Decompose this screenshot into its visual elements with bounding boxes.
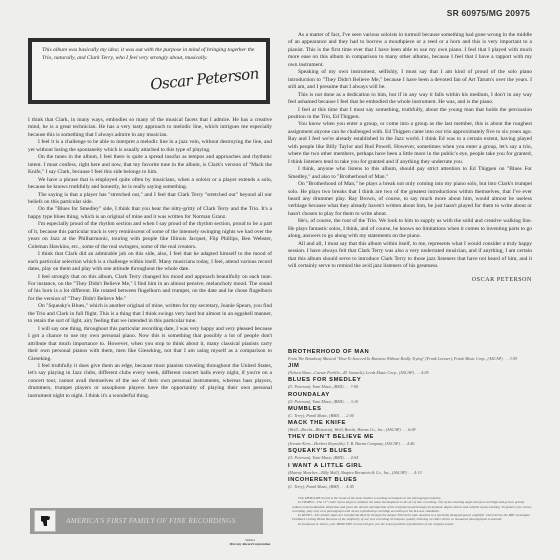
paragraph: Speaking of my own instrument, selfishly… bbox=[288, 69, 532, 91]
track-title: MACK THE KNIFE bbox=[288, 420, 532, 427]
paragraph: I feel at this time that I must say some… bbox=[288, 107, 532, 122]
banner-slogan: AMERICA'S FIRST FAMILY OF FINE RECORDING… bbox=[66, 517, 236, 525]
left-column-liner-notes: I think that Clark, in many ways, embodi… bbox=[28, 117, 272, 400]
track-item: MACK THE KNIFE (Weill—Brecht—Blitzstein)… bbox=[288, 420, 532, 432]
paragraph: On "Brotherhood of Man," he plays a brea… bbox=[288, 181, 532, 218]
track-credit: (Murray Mencher—Billy Moll), Shapiro Ber… bbox=[288, 470, 532, 475]
track-title: SQUEAKY'S BLUES bbox=[288, 448, 532, 455]
track-credit: From The Broadway Musical "How To Succee… bbox=[288, 356, 532, 361]
track-item: JIM (Nelson Shaw—Caesar Petrillo—M. Samu… bbox=[288, 363, 532, 375]
track-item: I WANT A LITTLE GIRL (Murray Mencher—Bil… bbox=[288, 463, 532, 475]
track-credit: (Nelson Shaw—Caesar Petrillo—M. Samuels)… bbox=[288, 370, 532, 375]
paragraph: You know when you enter a group, or come… bbox=[288, 121, 532, 166]
right-column-liner-notes: As a matter of fact, I've seen various s… bbox=[288, 32, 532, 284]
track-title: JIM bbox=[288, 363, 532, 370]
catalog-number: SR 60975/MG 20975 bbox=[447, 8, 530, 18]
paragraph: On "Squeaky's Blues," which is another o… bbox=[28, 303, 272, 325]
paragraph: I feel truthfully it does give them an e… bbox=[28, 363, 272, 400]
paragraph: On the "Blues for Smedley" side, I think… bbox=[28, 206, 272, 221]
track-item: MUMBLES (C. Terry), Pamil Music, (BMI) .… bbox=[288, 406, 532, 418]
track-item: BROTHERHOOD OF MAN From The Broadway Mus… bbox=[288, 349, 532, 361]
quote-text: This album was basically my idea; it was… bbox=[42, 47, 256, 62]
label-banner: AMERICA'S FIRST FAMILY OF FINE RECORDING… bbox=[30, 508, 263, 534]
signoff: OSCAR PETERSON bbox=[288, 277, 532, 284]
track-title: INCOHERENT BLUES bbox=[288, 477, 532, 484]
track-item: BLUES FOR SMEDLEY (O. Peterson), Tomi Mu… bbox=[288, 377, 532, 389]
track-credit: (C. Terry), Pamil Music, (BMI) . . . 2:0… bbox=[288, 413, 532, 418]
track-title: BROTHERHOOD OF MAN bbox=[288, 349, 532, 356]
paragraph: He's, of course, the root of the Trio. W… bbox=[288, 218, 532, 240]
track-item: SQUEAKY'S BLUES (O. Peterson), Tomi Musi… bbox=[288, 448, 532, 460]
track-credit: (C. Terry), Pamil Music, (BMI) . . . 4:4… bbox=[288, 484, 532, 489]
paragraph: All and all, I must say that this album … bbox=[288, 241, 532, 271]
technical-note: This MERCURY record is the result of the… bbox=[292, 496, 534, 526]
track-credit: (Weill—Brecht—Blitzstein), Weill, Brecht… bbox=[288, 427, 532, 432]
credit-line-2: Mercury Record Corporation bbox=[210, 542, 290, 546]
track-credit: (O. Peterson), Tomi Music, (BMI) . . . 3… bbox=[288, 399, 532, 404]
track-item: ROUNDALAY (O. Peterson), Tomi Music, (BM… bbox=[288, 392, 532, 404]
paragraph: I feel strongly that on this album, Clar… bbox=[28, 274, 272, 304]
track-item: INCOHERENT BLUES (C. Terry), Pamil Music… bbox=[288, 477, 532, 489]
mercury-head-logo-icon bbox=[34, 510, 56, 532]
track-title: I WANT A LITTLE GIRL bbox=[288, 463, 532, 470]
paragraph: In monaural or stereo, your MERCURY reco… bbox=[292, 522, 534, 526]
paragraph: On the tunes in the album, I feel there … bbox=[28, 154, 272, 176]
paragraph: I'm especially proud of the rhythm secti… bbox=[28, 221, 272, 251]
paragraph: I think that Clark, in many ways, embodi… bbox=[28, 117, 272, 139]
paragraph: The saying is that a player has "stretch… bbox=[28, 192, 272, 207]
paragraph: I feel it is a challenge to be able to i… bbox=[28, 139, 272, 154]
quote-box: This album was basically my idea; it was… bbox=[28, 38, 270, 104]
track-title: THEY DIDN'T BELIEVE ME bbox=[288, 434, 532, 441]
paragraph: In MONO—The master tapes are transferred… bbox=[292, 513, 534, 522]
paragraph: I think that Clark did an admirable job … bbox=[28, 251, 272, 273]
paragraph: This is not done as a dedication to him,… bbox=[288, 92, 532, 107]
track-credit: (O. Peterson), Tomi Music, (BMI) . . . 4… bbox=[288, 455, 532, 460]
track-title: MUMBLES bbox=[288, 406, 532, 413]
paragraph: I will say one thing, throughout this pa… bbox=[28, 326, 272, 363]
track-title: BLUES FOR SMEDLEY bbox=[288, 377, 532, 384]
track-title: ROUNDALAY bbox=[288, 392, 532, 399]
paragraph: I think, anyone who listens to this albu… bbox=[288, 166, 532, 181]
paragraph: As a matter of fact, I've seen various s… bbox=[288, 32, 532, 69]
paragraph: We have a phrase that is employed quite … bbox=[28, 177, 272, 192]
track-credit: (Jerome Kern—Herbert Reynolds), T. B. Ha… bbox=[288, 441, 532, 446]
footer-credit: Vendor Mercury Record Corporation bbox=[210, 538, 290, 546]
paragraph: In STEREO—The 15° cutter stylus angle is… bbox=[292, 500, 534, 513]
signature: Oscar Peterson bbox=[149, 64, 259, 93]
track-list: BROTHERHOOD OF MAN From The Broadway Mus… bbox=[288, 349, 532, 491]
track-credit: (O. Peterson), Tomi Music, (BMI) . . . 7… bbox=[288, 384, 532, 389]
track-item: THEY DIDN'T BELIEVE ME (Jerome Kern—Herb… bbox=[288, 434, 532, 446]
